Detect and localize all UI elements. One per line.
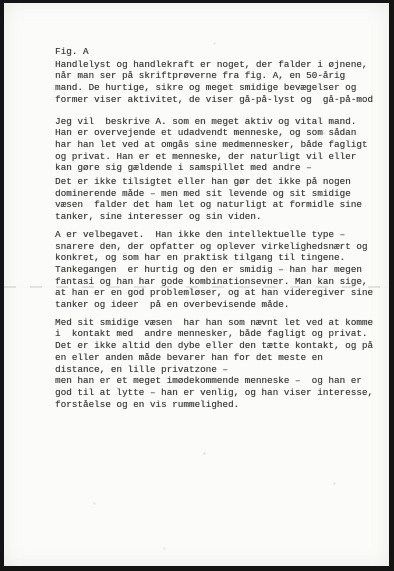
paragraph: A er velbegavet. Han ikke den intellektu… [55,229,381,264]
paragraph: Med sit smidige væsen har han som nævnt … [55,317,381,340]
document-page: Fig. A Handlelyst og handlekraft er noge… [4,3,389,566]
paragraph: Det er ikke altid den dybe eller den tæt… [55,340,381,375]
paragraph: Tankegangen er hurtig og den er smidig –… [55,264,381,311]
paragraph: Det er ikke tilsigtet eller han gør det … [55,176,381,223]
document-body: Handlelyst og handlekraft er noget, der … [55,59,381,411]
paragraph: Handlelyst og handlekraft er noget, der … [55,59,381,106]
scan-border: Fig. A Handlelyst og handlekraft er noge… [0,0,394,571]
figure-label: Fig. A [55,46,381,58]
paragraph: Jeg vil beskrive A. som en meget aktiv o… [55,116,381,175]
typewritten-content: Fig. A Handlelyst og handlekraft er noge… [55,46,381,410]
paper-speckles [4,3,5,4]
paragraph: men han er et meget imødekommende mennes… [55,375,381,410]
